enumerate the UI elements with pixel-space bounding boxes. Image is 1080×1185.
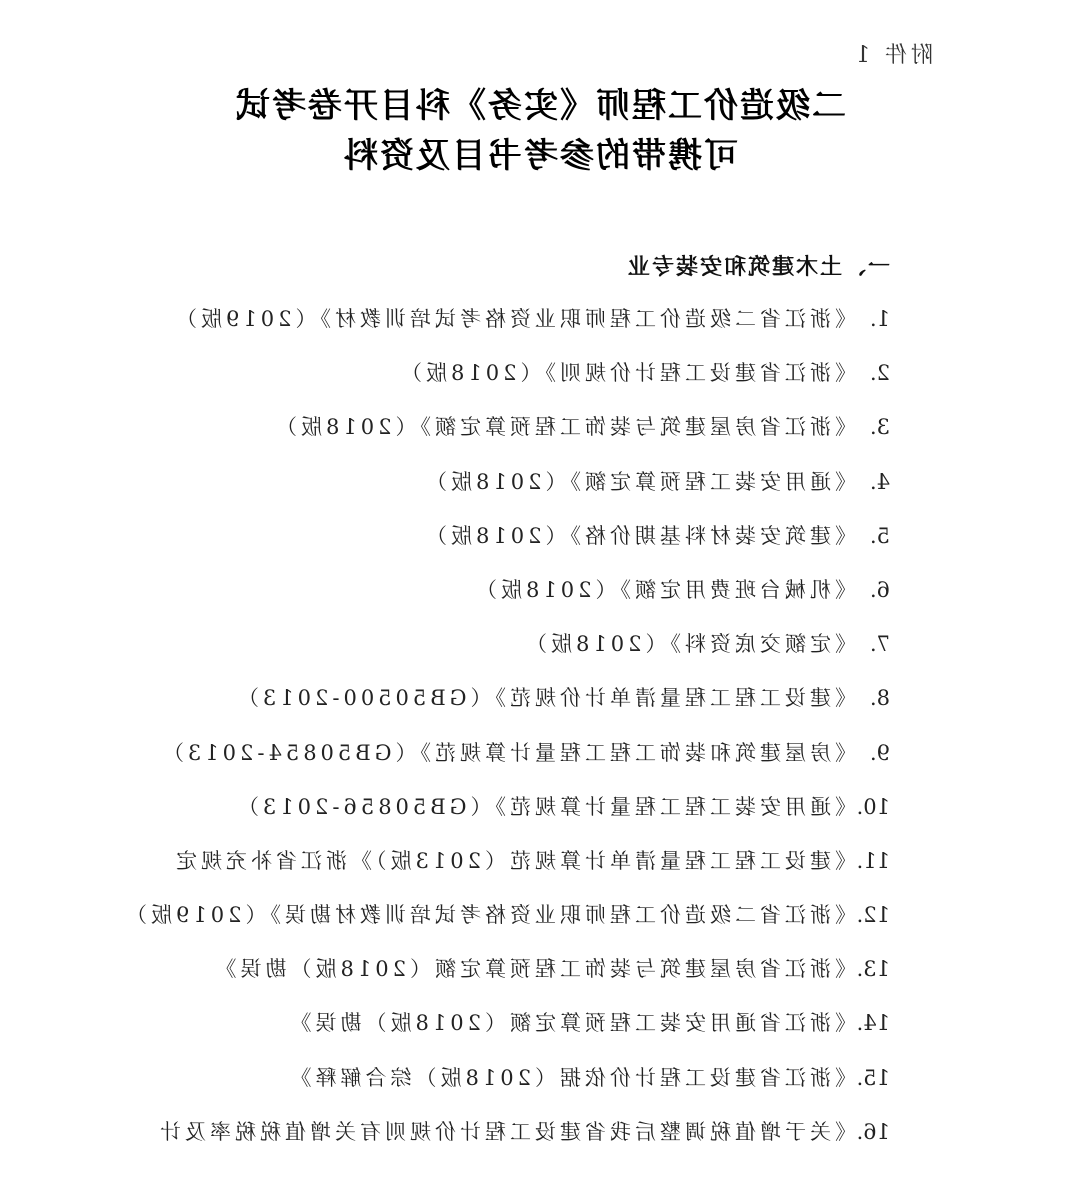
item-number: 6. <box>856 571 890 609</box>
list-item: 7.《定额交底资料》（2018版） <box>122 625 890 679</box>
item-number: 3. <box>856 408 890 446</box>
item-text: 《通用安装工程工程量计算规范》（GB50856-2013） <box>234 795 856 819</box>
item-number: 15. <box>856 1059 890 1097</box>
item-number: 12. <box>856 896 890 934</box>
list-item: 12.《浙江省二级造价工程师职业资格考试培训教材勘误》（2019版） <box>122 896 890 950</box>
item-text: 《浙江省房屋建筑与装饰工程预算定额（2018版）勘误》 <box>212 957 856 981</box>
list-item: 6.《机械台班费用定额》（2018版） <box>122 571 890 625</box>
list-item: 13.《浙江省房屋建筑与装饰工程预算定额（2018版）勘误》 <box>122 950 890 1004</box>
document-page: 附件 1 二级造价工程师《实务》科目开卷考试 可携带的参考书目及资料 一、土木建… <box>0 0 1080 1185</box>
list-item: 15.《浙江省建设工程计价依据（2018版）综合解释》 <box>122 1059 890 1113</box>
item-text: 《通用安装工程预算定额》（2018版） <box>422 470 856 494</box>
item-number: 1. <box>856 300 890 338</box>
item-text: 《浙江省建设工程计价规则》（2018版） <box>397 361 856 385</box>
list-item: 2.《浙江省建设工程计价规则》（2018版） <box>122 354 890 408</box>
item-text: 《机械台班费用定额》（2018版） <box>472 578 856 602</box>
item-text: 《房屋建筑和装饰工程工程量计算规范》（GB50854-2013） <box>159 741 856 765</box>
item-text: 《建设工程工程量清单计算规范（2013版）》浙江省补充规定 <box>172 849 856 873</box>
list-item: 5.《建筑安装材料基期价格》（2018版） <box>122 517 890 571</box>
attachment-label: 附件 1 <box>852 38 933 69</box>
item-text: 《浙江省通用安装工程预算定额（2018版）勘误》 <box>287 1011 856 1035</box>
item-text: 《定额交底资料》（2018版） <box>522 632 856 656</box>
item-number: 14. <box>856 1004 890 1042</box>
item-text: 《浙江省建设工程计价依据（2018版）综合解释》 <box>287 1066 856 1090</box>
item-number: 13. <box>856 950 890 988</box>
list-item: 1.《浙江省二级造价工程师职业资格考试培训教材》（2019版） <box>122 300 890 354</box>
item-number: 2. <box>856 354 890 392</box>
list-item: 16.《关于增值税调整后我省建设工程计价规则有关增值税税率及计 <box>122 1113 890 1167</box>
list-item: 3.《浙江省房屋建筑与装饰工程预算定额》（2018版） <box>122 408 890 462</box>
item-number: 4. <box>856 463 890 501</box>
reference-list: 1.《浙江省二级造价工程师职业资格考试培训教材》（2019版） 2.《浙江省建设… <box>122 300 890 1167</box>
item-text: 《建筑安装材料基期价格》（2018版） <box>422 524 856 548</box>
item-number: 10. <box>856 788 890 826</box>
item-number: 7. <box>856 625 890 663</box>
item-text: 《建设工程工程量清单计价规范》（GB50500-2013） <box>234 686 856 710</box>
item-text: 《关于增值税调整后我省建设工程计价规则有关增值税税率及计 <box>156 1120 856 1144</box>
section-heading: 一、土木建筑和安装专业 <box>626 250 890 281</box>
list-item: 14.《浙江省通用安装工程预算定额（2018版）勘误》 <box>122 1004 890 1058</box>
item-number: 5. <box>856 517 890 555</box>
document-title-line2: 可携带的参考书目及资料 <box>0 128 1080 177</box>
list-item: 4.《通用安装工程预算定额》（2018版） <box>122 463 890 517</box>
list-item: 8.《建设工程工程量清单计价规范》（GB50500-2013） <box>122 679 890 733</box>
item-number: 8. <box>856 679 890 717</box>
list-item: 11.《建设工程工程量清单计算规范（2013版）》浙江省补充规定 <box>122 842 890 896</box>
list-item: 10.《通用安装工程工程量计算规范》（GB50856-2013） <box>122 788 890 842</box>
item-text: 《浙江省房屋建筑与装饰工程预算定额》（2018版） <box>272 415 856 439</box>
item-number: 11. <box>856 842 890 880</box>
item-text: 《浙江省二级造价工程师职业资格考试培训教材》（2019版） <box>172 307 856 331</box>
item-number: 9. <box>856 734 890 772</box>
document-title-line1: 二级造价工程师《实务》科目开卷考试 <box>0 78 1080 127</box>
item-number: 16. <box>856 1113 890 1151</box>
list-item: 9.《房屋建筑和装饰工程工程量计算规范》（GB50854-2013） <box>122 734 890 788</box>
item-text: 《浙江省二级造价工程师职业资格考试培训教材勘误》（2019版） <box>122 903 856 927</box>
